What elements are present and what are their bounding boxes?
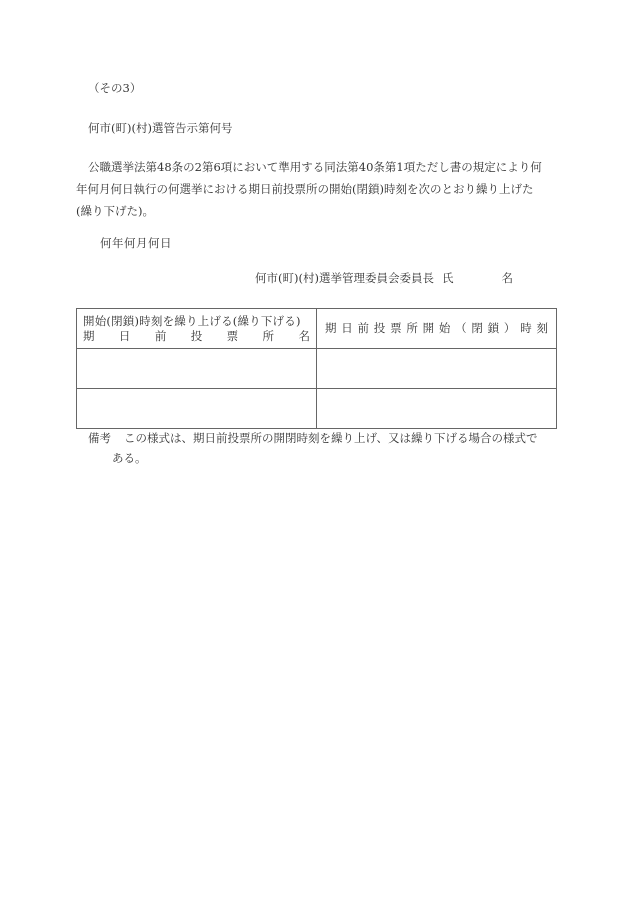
header-char: 日 [341, 323, 353, 335]
table-row [77, 389, 557, 429]
notice-number: 何市(町)(村)選管告示第何号 [88, 123, 232, 135]
header-char: 投 [191, 329, 203, 344]
body-line-2: 年何月何日執行の何選挙における期日前投票所の開始(閉鎖)時刻を次のとおり繰り上げ… [76, 178, 556, 200]
header-char: 時 [520, 323, 532, 335]
header-polling-place-name: 開始(閉鎖)時刻を繰り上げる(繰り下げる) 期 日 前 投 票 所 名 [77, 309, 317, 349]
body-line-3: (繰り下げた)。 [76, 200, 556, 222]
table-cell-place-name [77, 349, 317, 389]
header-char: 票 [227, 329, 239, 344]
remark-text: この様式は、期日前投票所の開閉時刻を繰り上げ、又は繰り下げる場合の様式で [124, 431, 538, 445]
signer-name-suffix: 名 [501, 271, 513, 285]
header-char: 刻 [536, 323, 548, 335]
notice-date: 何年何月何日 [100, 238, 172, 250]
header-col1-line1: 開始(閉鎖)時刻を繰り上げる(繰り下げる) [83, 314, 310, 329]
header-char: （ [455, 323, 467, 335]
header-char: 期 [325, 323, 337, 335]
form-number: （その3） [88, 83, 141, 95]
header-char: 投 [374, 323, 386, 335]
header-char: 閉 [471, 323, 483, 335]
header-char: 開 [423, 323, 435, 335]
table-cell-time [317, 349, 557, 389]
remark-line-2: ある。 [112, 453, 147, 465]
header-col1-line2: 期 日 前 投 票 所 名 [83, 329, 310, 344]
remark-label: 備考 [88, 433, 124, 445]
signer-name-prefix: 氏 [442, 271, 454, 285]
header-char: ） [504, 323, 516, 335]
header-char: 鎖 [488, 323, 500, 335]
header-char: 所 [263, 329, 275, 344]
polling-place-table: 開始(閉鎖)時刻を繰り上げる(繰り下げる) 期 日 前 投 票 所 名 期 日 … [76, 308, 557, 429]
header-char: 前 [358, 323, 370, 335]
header-char: 所 [406, 323, 418, 335]
table-row [77, 349, 557, 389]
signer-line: 何市(町)(村)選挙管理委員会委員長氏名 [255, 273, 513, 285]
notice-body: 公職選挙法第48条の2第6項において準用する同法第40条第1項ただし書の規定によ… [76, 156, 556, 222]
remark-line-1: 備考この様式は、期日前投票所の開閉時刻を繰り上げ、又は繰り下げる場合の様式で [88, 433, 538, 445]
signer-title: 何市(町)(村)選挙管理委員会委員長 [255, 271, 434, 285]
header-char: 始 [439, 323, 451, 335]
header-opening-closing-time: 期 日 前 投 票 所 開 始 （ 閉 鎖 ） 時 刻 [317, 309, 557, 349]
header-char: 票 [390, 323, 402, 335]
header-char: 期 [83, 329, 95, 344]
header-char: 日 [119, 329, 131, 344]
body-line-1: 公職選挙法第48条の2第6項において準用する同法第40条第1項ただし書の規定によ… [76, 156, 556, 178]
header-char: 名 [298, 329, 310, 344]
table-header-row: 開始(閉鎖)時刻を繰り上げる(繰り下げる) 期 日 前 投 票 所 名 期 日 … [77, 309, 557, 349]
header-char: 前 [155, 329, 167, 344]
table-cell-time [317, 389, 557, 429]
table-cell-place-name [77, 389, 317, 429]
